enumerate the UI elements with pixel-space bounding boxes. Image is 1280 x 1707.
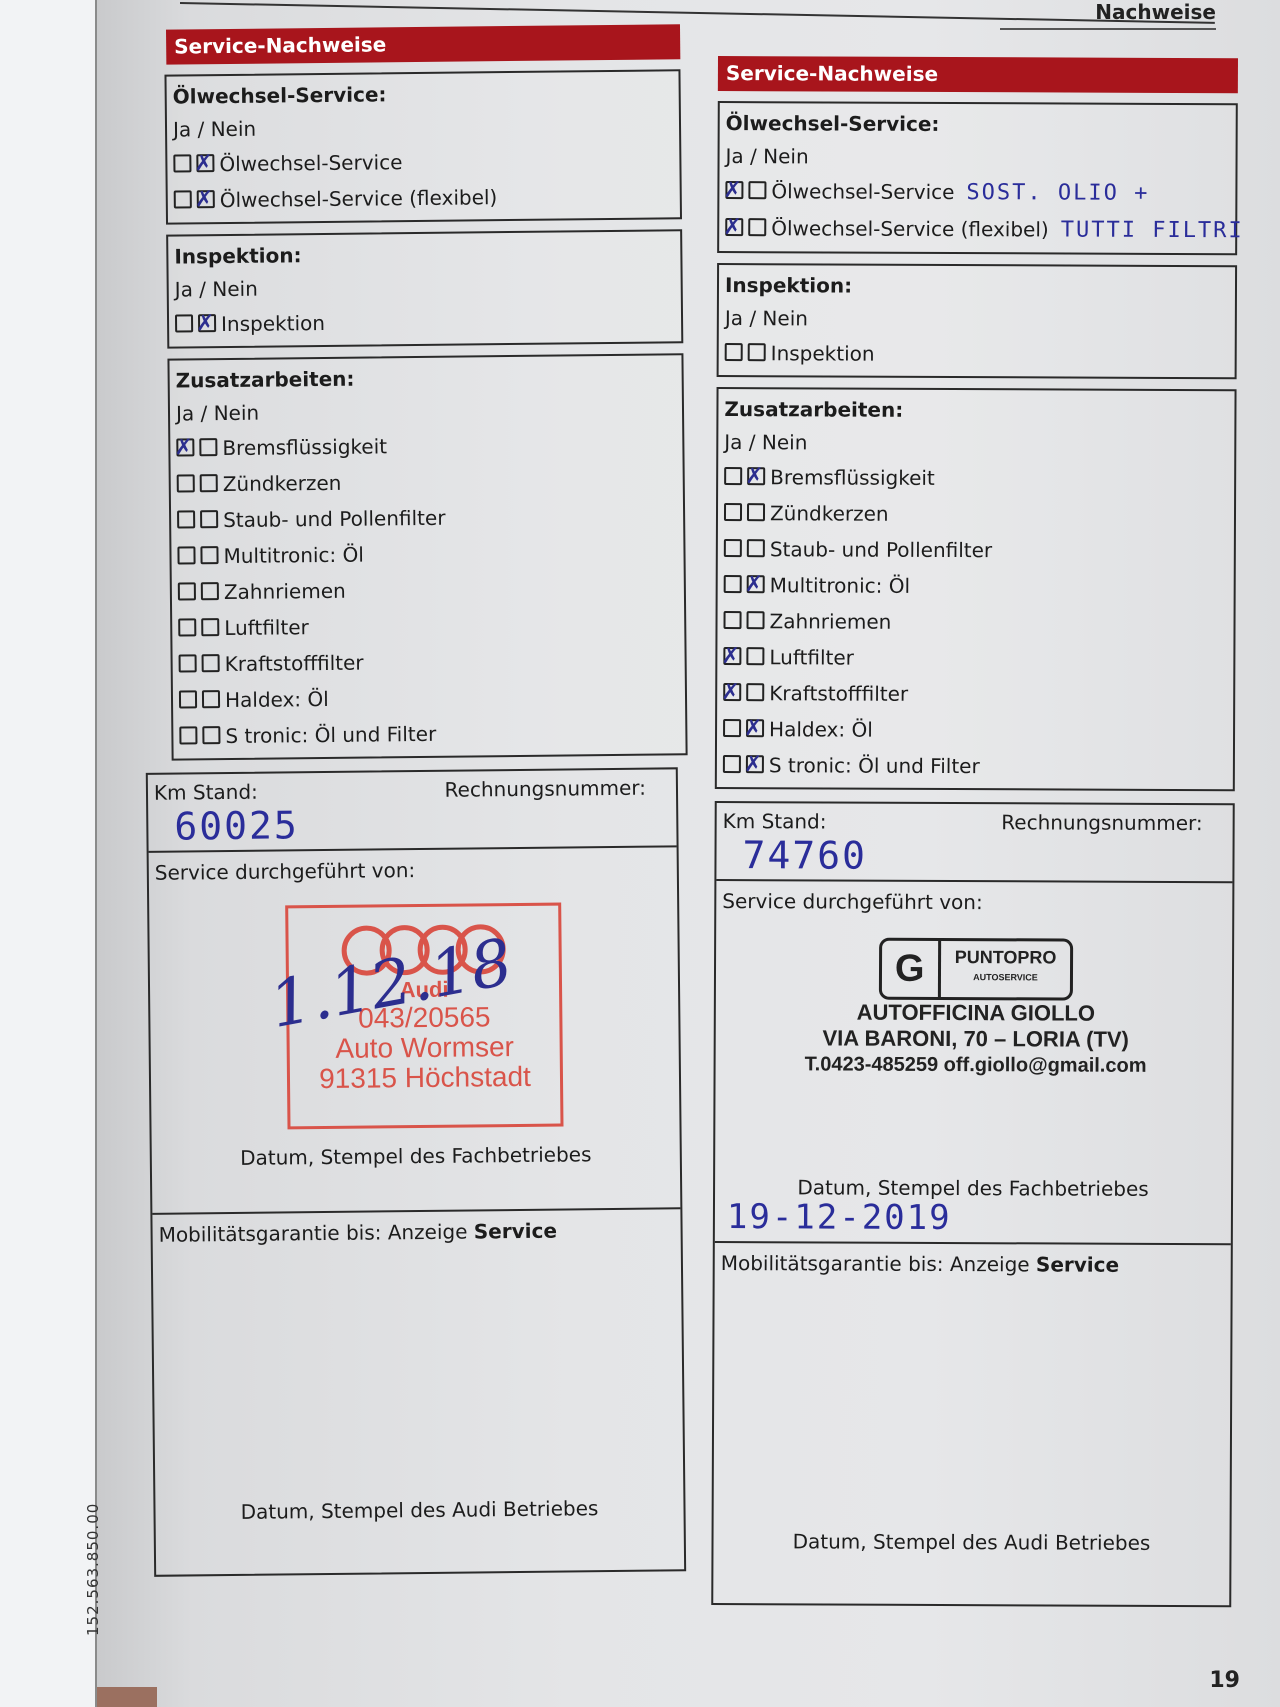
nein-checkbox[interactable] (748, 181, 766, 199)
stamp-address: VIA BARONI, 70 – LORIA (TV) (746, 1025, 1206, 1053)
nein-checkbox[interactable] (746, 755, 764, 773)
document-code: 152.563.850.00 (84, 1503, 102, 1636)
item-label: Inspektion (221, 311, 325, 336)
ja-checkbox[interactable] (725, 181, 743, 199)
nein-checkbox[interactable] (200, 510, 218, 528)
checklist-row: Multitronic: Öl (724, 567, 1228, 605)
km-label: Km Stand: (723, 809, 827, 833)
checklist-row: Kraftstofffilter (178, 641, 678, 682)
item-label: Staub- und Pollenfilter (223, 506, 446, 532)
checklist-row: S tronic: Öl und Filter (723, 747, 1227, 785)
checklist-row: Haldex: Öl (179, 677, 679, 718)
mobility-label: Mobilitätsgarantie bis: Anzeige Service (721, 1251, 1119, 1277)
item-label: Inspektion (771, 341, 875, 365)
yes-no-label: Ja / Nein (725, 301, 1229, 337)
checklist-row: Ölwechsel-ServiceSOST. OLIO + (725, 173, 1229, 212)
extra-work-title: Zusatzarbeiten: (176, 359, 676, 396)
nein-checkbox[interactable] (748, 343, 766, 361)
ja-checkbox[interactable] (173, 154, 191, 172)
ja-checkbox[interactable] (178, 618, 196, 636)
page-edge (97, 1687, 157, 1707)
item-label: Ölwechsel-Service (771, 179, 954, 204)
performed-by-label: Service durchgeführt von: (722, 889, 983, 914)
ja-checkbox[interactable] (724, 575, 742, 593)
header-rule (1000, 28, 1216, 30)
checklist-row: Zahnriemen (178, 569, 678, 610)
nein-checkbox[interactable] (201, 582, 219, 600)
handwritten-note: SOST. OLIO + (966, 180, 1149, 206)
extra-work-title: Zusatzarbeiten: (724, 393, 1228, 427)
ja-checkbox[interactable] (177, 510, 195, 528)
extra-work-box: Zusatzarbeiten: Ja / Nein Bremsflüssigke… (715, 387, 1237, 791)
oil-service-box: Ölwechsel-Service: Ja / Nein Ölwechsel-S… (717, 101, 1238, 255)
invoice-label: Rechnungsnummer: (1001, 810, 1202, 835)
ja-checkbox[interactable] (725, 218, 743, 236)
checklist-row: Ölwechsel-Service (flexibel)TUTTI FILTRI (725, 210, 1229, 249)
checklist-row: Haldex: Öl (723, 711, 1227, 749)
record-details: Km Stand: Rechnungsnummer: 60025 Service… (146, 767, 686, 1577)
ja-checkbox[interactable] (177, 546, 195, 564)
checklist-row: Multitronic: Öl (177, 533, 677, 574)
nein-checkbox[interactable] (747, 467, 765, 485)
nein-checkbox[interactable] (200, 474, 218, 492)
nein-checkbox[interactable] (747, 539, 765, 557)
checklist-row: Zündkerzen (724, 495, 1228, 533)
background-surface (0, 0, 95, 1707)
nein-checkbox[interactable] (746, 647, 764, 665)
record-banner: Service-Nachweise (166, 24, 680, 64)
service-record-2: Service-Nachweise Ölwechsel-Service: Ja … (711, 56, 1238, 1607)
nein-checkbox[interactable] (746, 611, 764, 629)
ja-checkbox[interactable] (723, 611, 741, 629)
yes-no-label: Ja / Nein (725, 139, 1229, 175)
checklist-row: Ölwechsel-Service (173, 141, 673, 182)
performed-by-area: Service durchgeführt von: G PUNTOPROAUTO… (715, 881, 1233, 1245)
puntopro-logo-icon: G PUNTOPROAUTOSERVICE (879, 938, 1074, 1001)
nein-checkbox[interactable] (748, 218, 766, 236)
nein-checkbox[interactable] (198, 314, 216, 332)
checklist-row: Zahnriemen (723, 603, 1227, 641)
ja-checkbox[interactable] (178, 582, 196, 600)
oil-service-box: Ölwechsel-Service: Ja / Nein Ölwechsel-S… (164, 69, 682, 224)
item-label: Kraftstofffilter (225, 651, 364, 676)
item-label: Multitronic: Öl (223, 543, 364, 568)
ja-checkbox[interactable] (723, 755, 741, 773)
checklist-row: Staub- und Pollenfilter (177, 497, 677, 538)
ja-checkbox[interactable] (177, 474, 195, 492)
inspection-title: Inspektion: (174, 235, 674, 272)
performed-by-label: Service durchgeführt von: (155, 858, 416, 885)
item-label: S tronic: Öl und Filter (225, 722, 436, 748)
checklist-row: Kraftstofffilter (723, 675, 1227, 713)
nein-checkbox[interactable] (196, 154, 214, 172)
item-label: Zündkerzen (770, 501, 889, 526)
item-label: Kraftstofffilter (769, 681, 908, 706)
checklist-row: Ölwechsel-Service (flexibel) (174, 177, 674, 218)
handwritten-service-date: 19-12-2019 (727, 1197, 952, 1238)
page-number: 19 (1209, 1668, 1240, 1693)
dealer-stamp: Audi 043/20565 Auto Wormser 91315 Höchst… (285, 903, 563, 1130)
item-label: Zündkerzen (223, 471, 342, 496)
checklist-row: Inspektion (725, 335, 1229, 373)
record-details: Km Stand: Rechnungsnummer: 74760 Service… (711, 801, 1235, 1607)
checklist-row: Luftfilter (178, 605, 678, 646)
item-label: Ölwechsel-Service (flexibel) (771, 216, 1049, 241)
extra-work-box: Zusatzarbeiten: Ja / Nein Bremsflüssigke… (167, 353, 687, 760)
checklist-row: Staub- und Pollenfilter (724, 531, 1228, 569)
audi-caption: Datum, Stempel des Audi Betriebes (155, 1495, 683, 1525)
item-label: Bremsflüssigkeit (222, 434, 387, 460)
km-label: Km Stand: (154, 780, 258, 805)
performed-by-area: Service durchgeführt von: Audi 043/20565… (149, 847, 681, 1215)
nein-checkbox[interactable] (202, 690, 220, 708)
stamp-workshop-name: AUTOFFICINA GIOLLO (746, 999, 1206, 1027)
inspection-box: Inspektion: Ja / Nein Inspektion (166, 229, 683, 348)
oil-service-title: Ölwechsel-Service: (726, 107, 1230, 141)
ja-checkbox[interactable] (174, 190, 192, 208)
nein-checkbox[interactable] (197, 190, 215, 208)
checklist-row: Bremsflüssigkeit (176, 425, 676, 466)
yes-no-label: Ja / Nein (173, 107, 673, 146)
item-label: Staub- und Pollenfilter (770, 537, 992, 562)
extra-work-list: BremsflüssigkeitZündkerzenStaub- und Pol… (723, 459, 1228, 785)
stamp-caption: Datum, Stempel des Fachbetriebes (152, 1141, 680, 1171)
invoice-label: Rechnungsnummer: (444, 776, 646, 802)
checklist-row: S tronic: Öl und Filter (179, 713, 679, 754)
nein-checkbox[interactable] (747, 503, 765, 521)
nein-checkbox[interactable] (747, 575, 765, 593)
nein-checkbox[interactable] (202, 726, 220, 744)
nein-checkbox[interactable] (199, 438, 217, 456)
ja-checkbox[interactable] (175, 314, 193, 332)
mobility-area: Mobilitätsgarantie bis: Anzeige Service … (152, 1209, 684, 1575)
item-label: Haldex: Öl (769, 717, 873, 741)
item-label: Haldex: Öl (225, 687, 329, 712)
yes-no-label: Ja / Nein (175, 267, 675, 306)
km-row: Km Stand: Rechnungsnummer: 74760 (716, 803, 1232, 883)
km-value[interactable]: 74760 (742, 833, 867, 878)
workshop-stamp: G PUNTOPROAUTOSERVICE AUTOFFICINA GIOLLO… (746, 937, 1207, 1079)
checklist-row: Zündkerzen (177, 461, 677, 502)
stamp-city: 91315 Höchstadt (290, 1062, 560, 1095)
item-label: Luftfilter (769, 645, 854, 669)
oil-service-title: Ölwechsel-Service: (173, 75, 673, 112)
yes-no-label: Ja / Nein (176, 391, 676, 430)
nein-checkbox[interactable] (746, 719, 764, 737)
nein-checkbox[interactable] (746, 683, 764, 701)
ja-checkbox[interactable] (723, 647, 741, 665)
mobility-area: Mobilitätsgarantie bis: Anzeige Service … (713, 1243, 1231, 1605)
item-label: Zahnriemen (769, 609, 891, 634)
item-label: Ölwechsel-Service (flexibel) (220, 185, 498, 212)
nein-checkbox[interactable] (202, 654, 220, 672)
yes-no-label: Ja / Nein (724, 425, 1228, 461)
inspection-box: Inspektion: Ja / Nein Inspektion (717, 263, 1237, 379)
item-label: S tronic: Öl und Filter (769, 753, 980, 778)
item-label: Zahnriemen (224, 579, 346, 604)
ja-checkbox[interactable] (724, 467, 742, 485)
record-banner: Service-Nachweise (718, 56, 1238, 93)
item-label: Bremsflüssigkeit (770, 465, 935, 490)
ja-checkbox[interactable] (179, 690, 197, 708)
ja-checkbox[interactable] (724, 539, 742, 557)
checklist-row: Inspektion (175, 301, 675, 342)
item-label: Ölwechsel-Service (219, 150, 402, 176)
km-value[interactable]: 60025 (174, 803, 299, 848)
handwritten-note: TUTTI FILTRI (1061, 217, 1244, 243)
ja-checkbox[interactable] (179, 726, 197, 744)
extra-work-list: BremsflüssigkeitZündkerzenStaub- und Pol… (176, 425, 679, 754)
checklist-row: Bremsflüssigkeit (724, 459, 1228, 497)
km-row: Km Stand: Rechnungsnummer: 60025 (148, 769, 677, 853)
ja-checkbox[interactable] (724, 503, 742, 521)
service-record-1: Service-Nachweise Ölwechsel-Service: Ja … (130, 24, 696, 1577)
section-title: Nachweise (1095, 0, 1216, 24)
item-label: Multitronic: Öl (770, 573, 910, 598)
ja-checkbox[interactable] (723, 719, 741, 737)
stamp-dealer: Auto Wormser (290, 1032, 560, 1065)
audi-caption: Datum, Stempel des Audi Betriebes (713, 1529, 1229, 1555)
inspection-title: Inspektion: (725, 269, 1229, 303)
mobility-label: Mobilitätsgarantie bis: Anzeige Service (158, 1219, 557, 1247)
stamp-contact: T.0423-485259 off.giollo@gmail.com (746, 1051, 1206, 1079)
ja-checkbox[interactable] (179, 654, 197, 672)
nein-checkbox[interactable] (201, 618, 219, 636)
checklist-row: Luftfilter (723, 639, 1227, 677)
item-label: Luftfilter (224, 615, 309, 640)
ja-checkbox[interactable] (723, 683, 741, 701)
ja-checkbox[interactable] (725, 343, 743, 361)
ja-checkbox[interactable] (176, 438, 194, 456)
nein-checkbox[interactable] (200, 546, 218, 564)
